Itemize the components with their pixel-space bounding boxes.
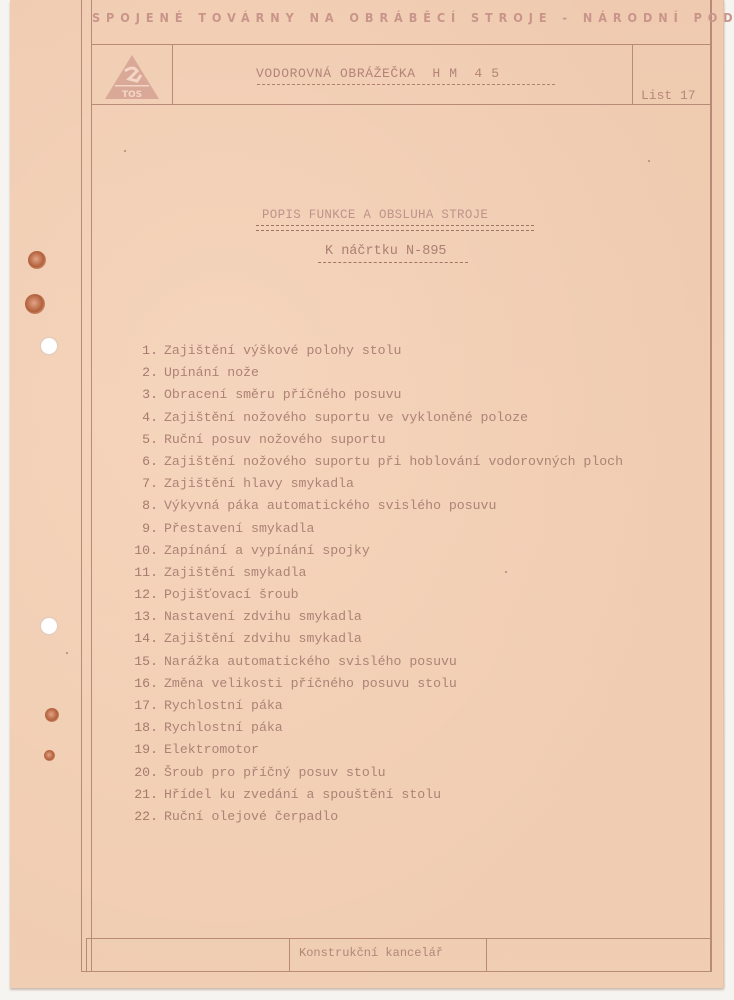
rust-stain: [28, 251, 46, 269]
logo-cell-divider: [172, 44, 173, 104]
legend-item-text: Pojišťovací šroub: [164, 584, 299, 606]
legend-item: 12.Pojišťovací šroub: [118, 584, 623, 606]
legend-item: 14.Zajištění zdvihu smykadla: [118, 628, 623, 650]
footer-cell-left: [289, 938, 290, 972]
legend-item-number: 13.: [118, 606, 164, 628]
legend-item-text: Zajištění hlavy smykadla: [164, 473, 354, 495]
legend-item-number: 17.: [118, 695, 164, 717]
legend-item-number: 7.: [118, 473, 164, 495]
footer-cell-right: [486, 938, 487, 972]
legend-item-number: 8.: [118, 495, 164, 517]
machine-title-underline: [257, 84, 555, 85]
legend-item: 18.Rychlostní páka: [118, 717, 623, 739]
legend-item: 5.Ruční posuv nožového suportu: [118, 429, 623, 451]
company-name: SPOJENÉ TOVÁRNY NA OBRÁBĚCÍ STROJE - NÁR…: [92, 10, 646, 25]
legend-item: 6.Zajištění nožového suportu při hoblová…: [118, 451, 623, 473]
svg-text:TOS: TOS: [122, 90, 142, 100]
paper-speck: [648, 160, 650, 162]
rust-stain: [45, 708, 59, 722]
legend-item-number: 15.: [118, 651, 164, 673]
legend-item-text: Zajištění výškové polohy stolu: [164, 340, 401, 362]
legend-item-text: Nastavení zdvihu smykadla: [164, 606, 362, 628]
legend-item-number: 3.: [118, 384, 164, 406]
legend-item-text: Rychlostní páka: [164, 695, 283, 717]
legend-item-text: Narážka automatického svislého posuvu: [164, 651, 457, 673]
legend-item-number: 12.: [118, 584, 164, 606]
footer-divider: [86, 938, 710, 939]
sheet-cell-divider: [632, 44, 633, 104]
tos-logo-icon: TOS: [103, 53, 161, 101]
document-title: POPIS FUNKCE A OBSLUHA STROJE: [262, 208, 488, 222]
legend-item-text: Obracení směru příčného posuvu: [164, 384, 401, 406]
machine-title: VODOROVNÁ OBRÁŽEČKA H M 4 5: [256, 66, 500, 81]
legend-item-number: 20.: [118, 762, 164, 784]
legend-item: 15.Narážka automatického svislého posuvu: [118, 651, 623, 673]
legend-item: 9.Přestavení smykadla: [118, 518, 623, 540]
document-title-underline: [256, 225, 534, 231]
legend-item: 19.Elektromotor: [118, 739, 623, 761]
legend-item-number: 11.: [118, 562, 164, 584]
paper-speck: [124, 150, 126, 152]
legend-item-number: 9.: [118, 518, 164, 540]
legend-item-number: 6.: [118, 451, 164, 473]
rust-stain: [44, 750, 55, 761]
legend-item-text: Upínání nože: [164, 362, 259, 384]
legend-item-number: 5.: [118, 429, 164, 451]
legend-item-number: 18.: [118, 717, 164, 739]
legend-item: 13.Nastavení zdvihu smykadla: [118, 606, 623, 628]
legend-item: 21.Hřídel ku zvedání a spouštění stolu: [118, 784, 623, 806]
legend-item-number: 4.: [118, 407, 164, 429]
legend-item-text: Hřídel ku zvedání a spouštění stolu: [164, 784, 441, 806]
footer-frame-left: [86, 938, 87, 972]
parts-legend-list: 1.Zajištění výškové polohy stolu2.Upínán…: [118, 340, 623, 828]
legend-item: 11.Zajištění smykadla: [118, 562, 623, 584]
legend-item-number: 2.: [118, 362, 164, 384]
legend-item-number: 14.: [118, 628, 164, 650]
punch-hole: [41, 618, 57, 634]
legend-item-text: Změna velikosti příčného posuvu stolu: [164, 673, 457, 695]
legend-item: 22.Ruční olejové čerpadlo: [118, 806, 623, 828]
document-subtitle: K náčrtku N-895: [325, 244, 447, 259]
legend-item: 3.Obracení směru příčného posuvu: [118, 384, 623, 406]
legend-item-text: Zapínání a vypínání spojky: [164, 540, 370, 562]
document-subtitle-underline: [318, 262, 468, 263]
legend-item-text: Elektromotor: [164, 739, 259, 761]
legend-item-number: 19.: [118, 739, 164, 761]
inner-frame-right: [710, 0, 711, 972]
paper-speck: [66, 652, 68, 654]
sheet-number: List 17: [641, 88, 696, 103]
department-label: Konstrukční kancelář: [299, 946, 443, 960]
legend-item: 16.Změna velikosti příčného posuvu stolu: [118, 673, 623, 695]
legend-item: 20.Šroub pro příčný posuv stolu: [118, 762, 623, 784]
legend-item: 10.Zapínání a vypínání spojky: [118, 540, 623, 562]
legend-item-text: Zajištění zdvihu smykadla: [164, 628, 362, 650]
legend-item-text: Výkyvná páka automatického svislého posu…: [164, 495, 496, 517]
legend-item-number: 1.: [118, 340, 164, 362]
legend-item-text: Zajištění nožového suportu při hoblování…: [164, 451, 623, 473]
header-divider: [91, 44, 712, 45]
inner-frame-left: [91, 0, 92, 972]
legend-item-text: Rychlostní páka: [164, 717, 283, 739]
punch-hole: [41, 338, 57, 354]
legend-item-text: Šroub pro příčný posuv stolu: [164, 762, 386, 784]
legend-item-number: 22.: [118, 806, 164, 828]
legend-item-number: 16.: [118, 673, 164, 695]
legend-item-number: 10.: [118, 540, 164, 562]
rust-stain: [25, 294, 45, 314]
legend-item-number: 21.: [118, 784, 164, 806]
legend-item: 8.Výkyvná páka automatického svislého po…: [118, 495, 623, 517]
legend-item-text: Ruční olejové čerpadlo: [164, 806, 338, 828]
legend-item: 2.Upínání nože: [118, 362, 623, 384]
legend-item: 7.Zajištění hlavy smykadla: [118, 473, 623, 495]
legend-item: 1.Zajištění výškové polohy stolu: [118, 340, 623, 362]
title-block-bottom: [91, 104, 712, 105]
legend-item: 17.Rychlostní páka: [118, 695, 623, 717]
legend-item-text: Přestavení smykadla: [164, 518, 314, 540]
legend-item-text: Ruční posuv nožového suportu: [164, 429, 386, 451]
paper-speck: [505, 571, 507, 573]
legend-item: 4.Zajištění nožového suportu ve vykloněn…: [118, 407, 623, 429]
legend-item-text: Zajištění nožového suportu ve vykloněné …: [164, 407, 528, 429]
legend-item-text: Zajištění smykadla: [164, 562, 306, 584]
